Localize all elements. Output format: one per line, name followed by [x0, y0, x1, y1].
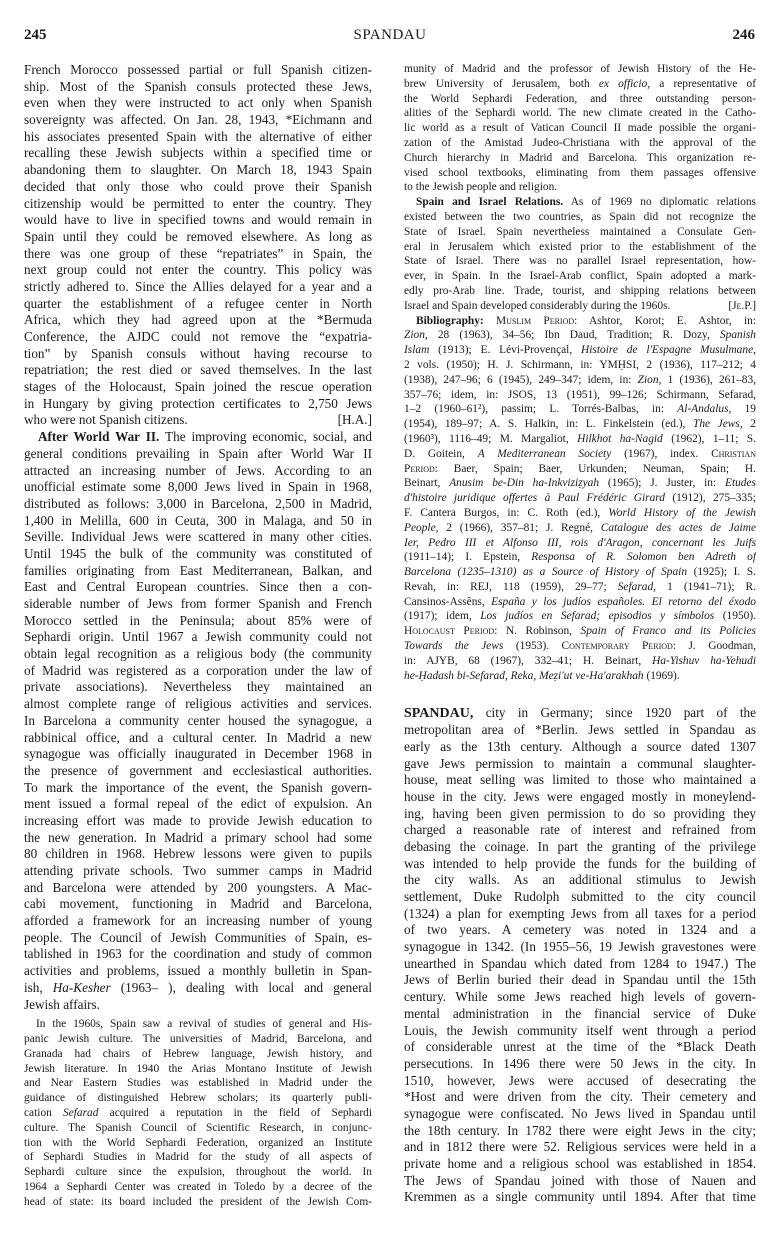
bibliography-line: Beinart, Anusim be-Din ha-Inkviziẓyah (1…: [404, 476, 756, 491]
bibliography-line: 1–2 (1960–61²), passim; L. Torrés-Balbas…: [404, 402, 756, 417]
text-line: abandoning them to slaughter. On March 1…: [24, 162, 372, 179]
text-line: tion with the World Sephardi Federation,…: [24, 1136, 372, 1151]
text-line: Morocco settled in the Peninsula; about …: [24, 613, 372, 630]
text-line: To mark the importance of the event, the…: [24, 780, 372, 797]
text-line: house in the city. Jews were engaged mos…: [404, 789, 756, 806]
text-line: tion” by Spanish consuls without having …: [24, 346, 372, 363]
text-line: and in 1812 there were 52. Religious ser…: [404, 1139, 756, 1156]
text-line: quarter the establishment of a refugee c…: [24, 296, 372, 313]
text-line: The Jews of Spandau joined with those of…: [404, 1173, 756, 1190]
text-line: After World War II. The improving econom…: [24, 429, 372, 446]
text-line: increasing effort was made to provide Je…: [24, 813, 372, 830]
text-line: vised school textbooks, eliminating from…: [404, 166, 756, 181]
text-line: Louis, the Jewish community itself went …: [404, 1023, 756, 1040]
text-line: (1324) a plan for exempting Jews from al…: [404, 906, 756, 923]
culture-continuation: munity of Madrid and the professor of Je…: [404, 62, 756, 195]
after-wwii-body: general conditions prevailing in Spain a…: [24, 446, 372, 980]
text-line: attracted an increasing number of Jews. …: [24, 463, 372, 480]
running-title: SPANDAU: [0, 27, 780, 44]
text-line: Until 1945 the bulk of the community was…: [24, 546, 372, 563]
bibliography-line: (1917); idem, Los judíos en Sefarad; epi…: [404, 609, 756, 624]
text-line: early as the 13th century. Although a so…: [404, 739, 756, 756]
text-line: families originating from East Mediterra…: [24, 563, 372, 580]
text-line: charged a reasonable rate of interest an…: [404, 822, 756, 839]
text-line: metropolitan area of *Berlin. Jews settl…: [404, 722, 756, 739]
text-line: his associates presented Spain with the …: [24, 129, 372, 146]
text-line: Conference, the AJDC could not remove th…: [24, 329, 372, 346]
holocaust-paragraph: French Morocco possessed partial or full…: [24, 62, 372, 412]
text-line: Seville. Individual Jews were scattered …: [24, 529, 372, 546]
text-line: Jews of Berlin buried their dead in Span…: [404, 972, 756, 989]
text-line: gave Jews permission to maintain a commu…: [404, 756, 756, 773]
text-line: ship. Most of the Spanish consuls protec…: [24, 79, 372, 96]
bibliography-line: Cansinos-Assêns, España y los judíos esp…: [404, 595, 756, 610]
bibliography-line: F. Cantera Burgos, in: C. Roth (ed.), Wo…: [404, 506, 756, 521]
text-line: 1,400 in Melilla, 600 in Ceuta, 300 in M…: [24, 513, 372, 530]
text-line: guidance of distinguished Hebrew scholar…: [24, 1091, 372, 1106]
text-line: In Barcelona a community center housed t…: [24, 713, 372, 730]
text-line: persecutions. In 1496 there were 50 Jews…: [404, 1056, 756, 1073]
text-line: 1510, however, Jews were accused of dese…: [404, 1073, 756, 1090]
text-line: the new generation. In Madrid a primary …: [24, 830, 372, 847]
bibliography-heading: Bibliography:: [416, 315, 484, 327]
text-line: Israel and Spain developed considerably …: [404, 299, 756, 314]
text-line: private associations). Nevertheless they…: [24, 679, 372, 696]
text-line: general conditions prevailing in Spain a…: [24, 446, 372, 463]
bibliography-line: (1954), 189–97; A. S. Halkin, in: L. Fin…: [404, 417, 756, 432]
text-line: Sephardi origin. Until 1967 a Jewish com…: [24, 629, 372, 646]
text-line: edly pro-Arab line. Trade, tourist, and …: [404, 284, 756, 299]
text-line: and Barcelona were attended by 200 young…: [24, 880, 372, 897]
text-line: State of Israel. There was no parallel I…: [404, 254, 756, 269]
bibliography-line: Zion, 28 (1963), 34–56; Ibn Daud, Tradit…: [404, 328, 756, 343]
bibliography-line: Barcelona (1235–1310) as a Source of His…: [404, 565, 756, 580]
text-line: French Morocco possessed partial or full…: [24, 62, 372, 79]
text-line: head of state: its board included the pr…: [24, 1195, 372, 1210]
text-line: attending private schools. Two summer ca…: [24, 863, 372, 880]
text-line: mental administration in the financial s…: [404, 1006, 756, 1023]
bibliography: Bibliography: Muslim Period: Ashtor, Kor…: [404, 314, 756, 684]
text-line: in Hungary by giving protection certific…: [24, 396, 372, 413]
text-line: State of Israel. Spain nevertheless main…: [404, 225, 756, 240]
text-line: repatriation; the rest died or saved the…: [24, 362, 372, 379]
after-wwii-section: After World War II. The improving econom…: [24, 429, 372, 1013]
text-line: eral in Jerusalem which existed prior to…: [404, 240, 756, 255]
text-line: rabbinical office, and a cultural center…: [24, 730, 372, 747]
right-column: munity of Madrid and the professor of Je…: [404, 62, 756, 1206]
bibliography-line: (1960³), 1116–49; M. Margaliot, Hilkhot …: [404, 432, 756, 447]
author-signature: [H.A.]: [338, 412, 372, 429]
holocaust-paragraph-end: who were not Spanish citizens. [H.A.]: [24, 412, 372, 429]
text-line: synagogue was officially inaugurated in …: [24, 746, 372, 763]
bibliography-line: 357–76; idem, in: JSOS, 13 (1951), 99–12…: [404, 388, 756, 403]
israel-lines: existed between the two countries, as Sp…: [404, 210, 756, 299]
text-line: the 18th century. In 1782 there were eig…: [404, 1123, 756, 1140]
text-line: settlement, Duke Rudolph submitted to th…: [404, 889, 756, 906]
section-heading: After World War II.: [38, 429, 159, 444]
text-line: stages of the Holocaust, Spain joined th…: [24, 379, 372, 396]
bibliography-line: Revah, in: REJ, 118 (1959), 29–77; Sefar…: [404, 580, 756, 595]
text-line: Church hierarchy in Madrid and Barcelona…: [404, 151, 756, 166]
text-line: Spain and Israel Relations. As of 1969 n…: [404, 195, 756, 210]
spandau-lines: metropolitan area of *Berlin. Jews settl…: [404, 722, 756, 1206]
text-line: obtain legal recognition as a religious …: [24, 646, 372, 663]
text-line: the World Sephardi Federation, and three…: [404, 92, 756, 107]
text-line: would have to live in specified towns an…: [24, 212, 372, 229]
text-line: 80 children in 1968. Hebrew lessons were…: [24, 846, 372, 863]
text-line: was intended to help provide the funds f…: [404, 856, 756, 873]
continuation-lines: the World Sephardi Federation, and three…: [404, 92, 756, 181]
bibliography-line: 2 vols. (1950); H. J. Schirmann, in: YMḤ…: [404, 358, 756, 373]
text-line: ever, in Spain. In the Israel-Arab confl…: [404, 269, 756, 284]
text-line: debasing the coinage. In part the granti…: [404, 839, 756, 856]
text-line: Jewish affairs.: [24, 997, 372, 1014]
bibliography-line: Towards the Jews (1953). Contemporary Pe…: [404, 639, 756, 654]
text-line: unearthed in Spandau which dated from 12…: [404, 956, 756, 973]
text-line: of Sephardi Studies in Madrid for the st…: [24, 1150, 372, 1165]
bibliography-line: Islam (1913); E. Lévi-Provençal, Histoir…: [404, 343, 756, 358]
spandau-entry: SPANDAU, city in Germany; since 1920 par…: [404, 705, 756, 1206]
text-line: there was one group of these “repatriate…: [24, 246, 372, 263]
text-line: Sephardi culture since the expulsion, th…: [24, 1165, 372, 1180]
text-line: almost complete range of religious activ…: [24, 696, 372, 713]
text-line: next group could not enter the country. …: [24, 262, 372, 279]
text-line: century. While some Jews reached high le…: [404, 989, 756, 1006]
bibliography-line: Ier, Pedro III et Alfonso III, rois d'Ar…: [404, 536, 756, 551]
publication-title: Ha-Kesher: [53, 980, 111, 995]
bibliography-line: he-Ḥadash bi-Sefarad, Reka, Meẓi'ut ve-H…: [404, 669, 756, 684]
bibliography-line: Bibliography: Muslim Period: Ashtor, Kor…: [404, 314, 756, 329]
text-line: East and Central European countries. Sin…: [24, 579, 372, 596]
text-line: tablished in 1963 for the coordination a…: [24, 946, 372, 963]
bibliography-line: Period: Baer, Spain; Baer, Urkunden; Neu…: [404, 462, 756, 477]
text-line: activities and problems, issued a monthl…: [24, 963, 372, 980]
text-line: the city walls. As an additional stimulu…: [404, 872, 756, 889]
text-line: ment issued a formal repeal of the edict…: [24, 796, 372, 813]
text-line: In the 1960s, Spain saw a revival of stu…: [24, 1017, 372, 1032]
text-line: culture. The Spanish Council of Scientif…: [24, 1121, 372, 1136]
text-line: cabi movement, functioning in Madrid and…: [24, 896, 372, 913]
text-line: and Near Eastern Studies was established…: [24, 1076, 372, 1091]
bibliography-line: in: AJYB, 68 (1967), 332–41; H. Beinart,…: [404, 654, 756, 669]
page-number-right: 246: [733, 27, 756, 44]
page-header: 245 SPANDAU 246: [0, 27, 780, 49]
text-line: synagogue were confiscated. No Jews live…: [404, 1106, 756, 1123]
text-line: *Host and were driven from the city. The…: [404, 1089, 756, 1106]
text-line: to the Jewish people and religion.: [404, 180, 756, 195]
text-line: people. The Council of Jewish Communitie…: [24, 930, 372, 947]
text-line: panic Jewish culture. The universities o…: [24, 1032, 372, 1047]
text-line: the presence of government and ecclesias…: [24, 763, 372, 780]
bibliography-line: People, 2 (1966), 357–81; J. Regné, Cata…: [404, 521, 756, 536]
text-line: cation Sefarad acquired a reputation in …: [24, 1106, 372, 1121]
text-line: strictly adhered to. Since the Allies de…: [24, 279, 372, 296]
text-line: of considerable unrest at the time of th…: [404, 1039, 756, 1056]
text-line: distributed as follows: 3,000 in Barcelo…: [24, 496, 372, 513]
text-line: Kremmen as a single community until 1894…: [404, 1189, 756, 1206]
culture-lines-a: In the 1960s, Spain saw a revival of stu…: [24, 1017, 372, 1106]
text-line: of Madrid was registered as a corporatio…: [24, 663, 372, 680]
text-line: who were not Spanish citizens. [H.A.]: [24, 412, 372, 429]
text-line: house, meat selling was limited to those…: [404, 772, 756, 789]
text-line: private home and a religious school was …: [404, 1156, 756, 1173]
text-line: decided that only those who could prove …: [24, 179, 372, 196]
text-line: siderable number of Jews from former Spa…: [24, 596, 372, 613]
text-line: Africa, which they had agreed upon at th…: [24, 312, 372, 329]
culture-lines-b: culture. The Spanish Council of Scientif…: [24, 1121, 372, 1210]
bibliography-line: (1911–14); I. Epstein, Responsa of R. So…: [404, 550, 756, 565]
text-line: of two years. A cemetery was noted in 13…: [404, 922, 756, 939]
text-line: Granada had chairs of Hebrew language, J…: [24, 1047, 372, 1062]
entry-heading: SPANDAU,: [404, 706, 473, 721]
text-line: zation of the Amistad Judeo-Christiana w…: [404, 136, 756, 151]
text-line: citizenship would be permitted to enter …: [24, 196, 372, 213]
section-heading: Spain and Israel Relations.: [416, 196, 563, 208]
text-line: existed between the two countries, as Sp…: [404, 210, 756, 225]
author-signature: [Je.P.]: [728, 299, 756, 314]
text-line: brew University of Jerusalem, both ex of…: [404, 77, 756, 92]
bibliography-line: (1938), 247–96; 6 (1945), 249–347; idem,…: [404, 373, 756, 388]
text-line: ing, having been given permission to do …: [404, 806, 756, 823]
text-line: Spain until they could be removed elsewh…: [24, 229, 372, 246]
left-column: French Morocco possessed partial or full…: [24, 62, 372, 1210]
text-line: SPANDAU, city in Germany; since 1920 par…: [404, 705, 756, 722]
bibliography-line: D. Goitein, A Mediterranean Society (196…: [404, 447, 756, 462]
text-line: 1964 a Sephardi Center was created in To…: [24, 1180, 372, 1195]
text-line: lic world as a result of Vatican Council…: [404, 121, 756, 136]
text-line: munity of Madrid and the professor of Je…: [404, 62, 756, 77]
text-line: Jewish literature. In 1940 the Arias Mon…: [24, 1062, 372, 1077]
bibliography-line: Holocaust Period: N. Robinson, Spain of …: [404, 624, 756, 639]
text-line: recalling these Jewish subjects within a…: [24, 145, 372, 162]
text-line: sovereignty was affected. On Jan. 28, 19…: [24, 112, 372, 129]
spain-israel-section: Spain and Israel Relations. As of 1969 n…: [404, 195, 756, 313]
text-line: ish, Ha-Kesher (1963– ), dealing with lo…: [24, 980, 372, 997]
text-line: even when they were instructed to act on…: [24, 95, 372, 112]
text-line: unofficial estimate some 8,000 Jews live…: [24, 479, 372, 496]
text-line: alities of the Sephardi world. The new c…: [404, 106, 756, 121]
culture-revival-paragraph: In the 1960s, Spain saw a revival of stu…: [24, 1017, 372, 1209]
text-line: afforded a framework for an increasing n…: [24, 913, 372, 930]
bibliography-line: d'histoire juridique offertes à Paul Fré…: [404, 491, 756, 506]
text-line: synagogue in 1342. (In 1955–56, 19 Jewis…: [404, 939, 756, 956]
publication-title: Sefarad: [63, 1107, 98, 1119]
